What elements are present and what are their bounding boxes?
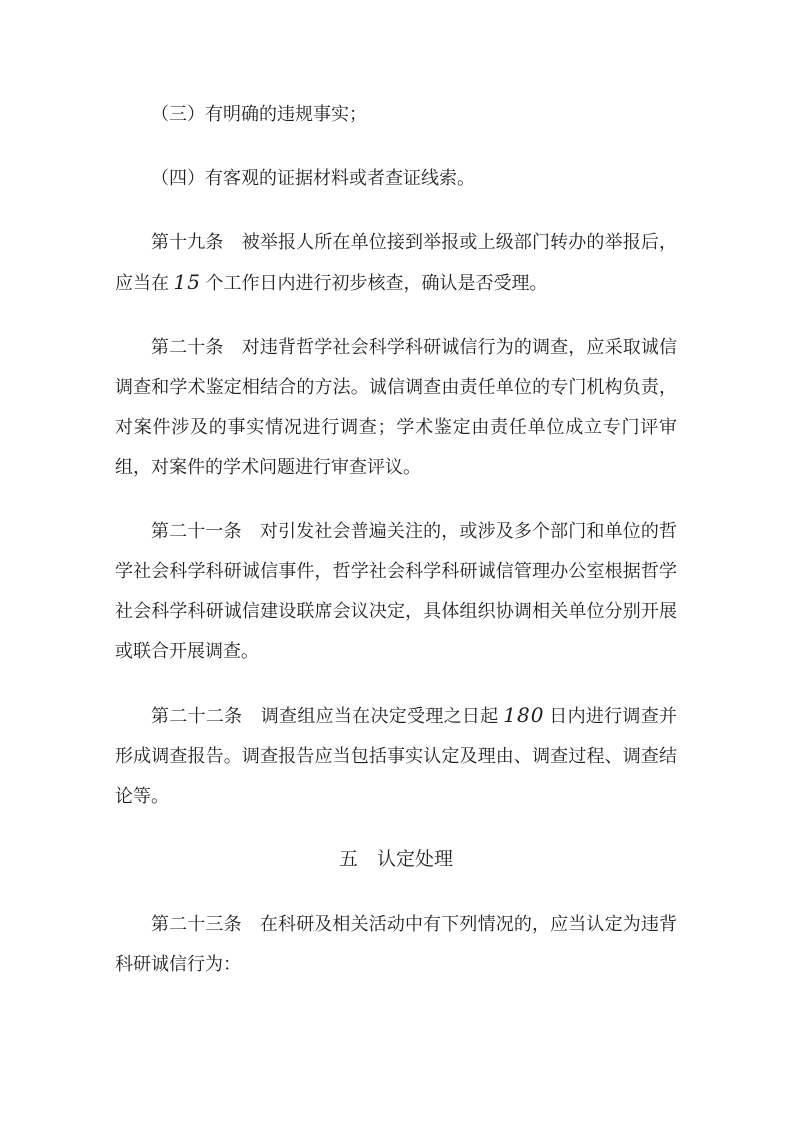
paragraph: 第二十二条 调查组应当在决定受理之日起 180 日内进行调查并形成调查报告。调查… — [115, 695, 677, 816]
document-page: （三）有明确的违规事实；（四）有客观的证据材料或者查证线索。第十九条 被举报人所… — [0, 0, 793, 1122]
paragraph: （四）有客观的证据材料或者查证线索。 — [115, 158, 677, 198]
paragraph: 第二十条 对违背哲学社会科学科研诚信行为的调查，应采取诚信调查和学术鉴定相结合的… — [115, 327, 677, 487]
paragraph: 第十九条 被举报人所在单位接到举报或上级部门转办的举报后，应当在 15 个工作日… — [115, 222, 677, 303]
document-body: （三）有明确的违规事实；（四）有客观的证据材料或者查证线索。第十九条 被举报人所… — [115, 0, 677, 1008]
script-number: 180 — [503, 703, 544, 727]
section-heading: 五 认定处理 — [115, 840, 677, 880]
paragraph: 第二十三条 在科研及相关活动中有下列情况的，应当认定为违背科研诚信行为： — [115, 904, 677, 984]
paragraph: （三）有明确的违规事实； — [115, 94, 677, 134]
paragraph: 第二十一条 对引发社会普遍关注的，或涉及多个部门和单位的哲学社会科学科研诚信事件… — [115, 511, 677, 671]
script-number: 15 — [174, 270, 201, 294]
